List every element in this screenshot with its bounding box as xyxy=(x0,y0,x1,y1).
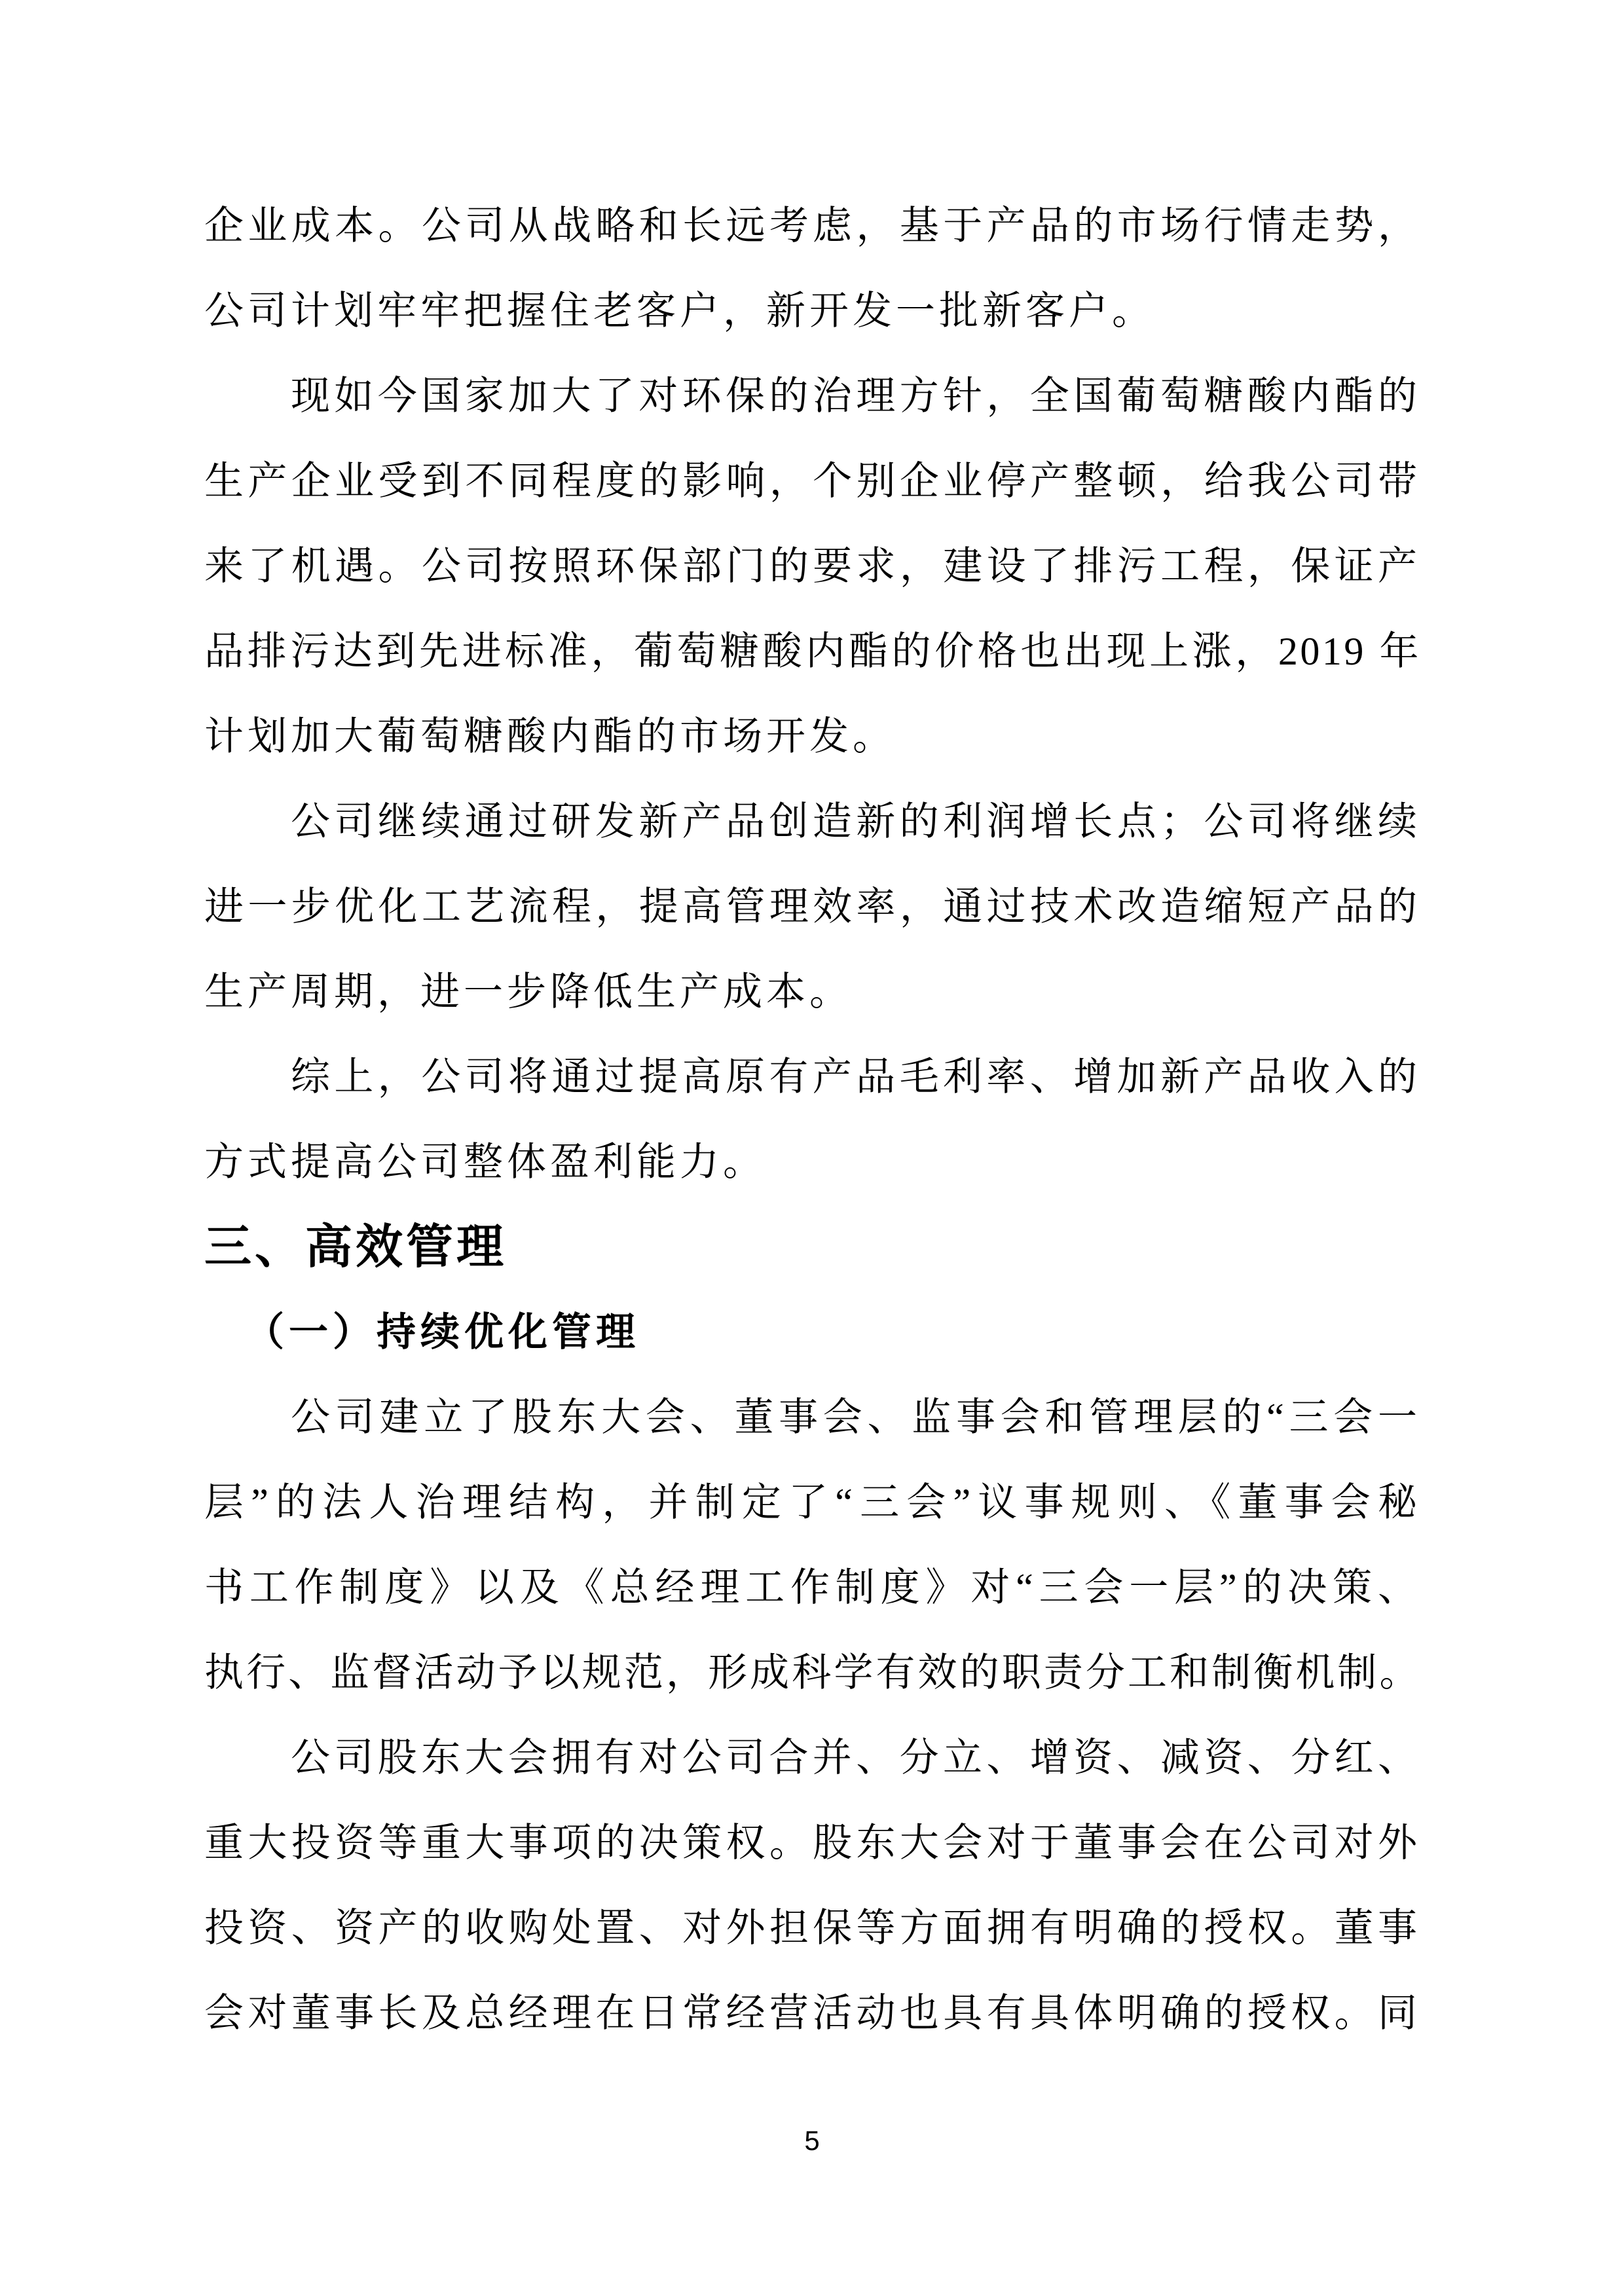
body-text-line: 公司继续通过研发新产品创造新的利润增长点；公司将继续 xyxy=(204,779,1421,864)
body-text-line: 生产企业受到不同程度的影响，个别企业停产整顿，给我公司带 xyxy=(204,439,1421,524)
body-text-line: 公司建立了股东大会、董事会、监事会和管理层的“三会一 xyxy=(204,1375,1421,1460)
body-text-line: 品排污达到先进标准，葡萄糖酸内酯的价格也出现上涨，2019 年 xyxy=(204,609,1421,694)
body-text-line: 重大投资等重大事项的决策权。股东大会对于董事会在公司对外 xyxy=(204,1800,1421,1886)
body-text-line: 会对董事长及总经理在日常经营活动也具有具体明确的授权。同 xyxy=(204,1971,1421,2056)
body-text-line: 投资、资产的收购处置、对外担保等方面拥有明确的授权。董事 xyxy=(204,1886,1421,1971)
body-text-line: 生产周期，进一步降低生产成本。 xyxy=(204,949,1421,1034)
body-text-line: 书工作制度》以及《总经理工作制度》对“三会一层”的决策、 xyxy=(204,1545,1421,1630)
body-text-line: 层”的法人治理结构，并制定了“三会”议事规则、《董事会秘 xyxy=(204,1460,1421,1545)
body-text-line: 来了机遇。公司按照环保部门的要求，建设了排污工程，保证产 xyxy=(204,524,1421,609)
text-column: 企业成本。公司从战略和长远考虑，基于产品的市场行情走势， 公司计划牢牢把握住老客… xyxy=(204,183,1421,2056)
body-text-line: 执行、监督活动予以规范，形成科学有效的职责分工和制衡机制。 xyxy=(204,1630,1421,1715)
body-text-line: 计划加大葡萄糖酸内酯的市场开发。 xyxy=(204,694,1421,779)
body-text-line: 方式提高公司整体盈利能力。 xyxy=(204,1120,1421,1205)
body-text-line: 现如今国家加大了对环保的治理方针，全国葡萄糖酸内酯的 xyxy=(204,354,1421,439)
body-text-line: 公司计划牢牢把握住老客户，新开发一批新客户。 xyxy=(204,268,1421,354)
page-number: 5 xyxy=(0,2126,1624,2155)
document-page: 企业成本。公司从战略和长远考虑，基于产品的市场行情走势， 公司计划牢牢把握住老客… xyxy=(0,0,1624,2296)
subsection-heading: （一）持续优化管理 xyxy=(204,1290,1421,1375)
body-text-line: 综上，公司将通过提高原有产品毛利率、增加新产品收入的 xyxy=(204,1034,1421,1120)
body-text-line: 公司股东大会拥有对公司合并、分立、增资、减资、分红、 xyxy=(204,1715,1421,1800)
section-heading: 三、高效管理 xyxy=(204,1205,1421,1290)
body-text-line: 企业成本。公司从战略和长远考虑，基于产品的市场行情走势， xyxy=(204,183,1421,268)
body-text-line: 进一步优化工艺流程，提高管理效率，通过技术改造缩短产品的 xyxy=(204,864,1421,949)
